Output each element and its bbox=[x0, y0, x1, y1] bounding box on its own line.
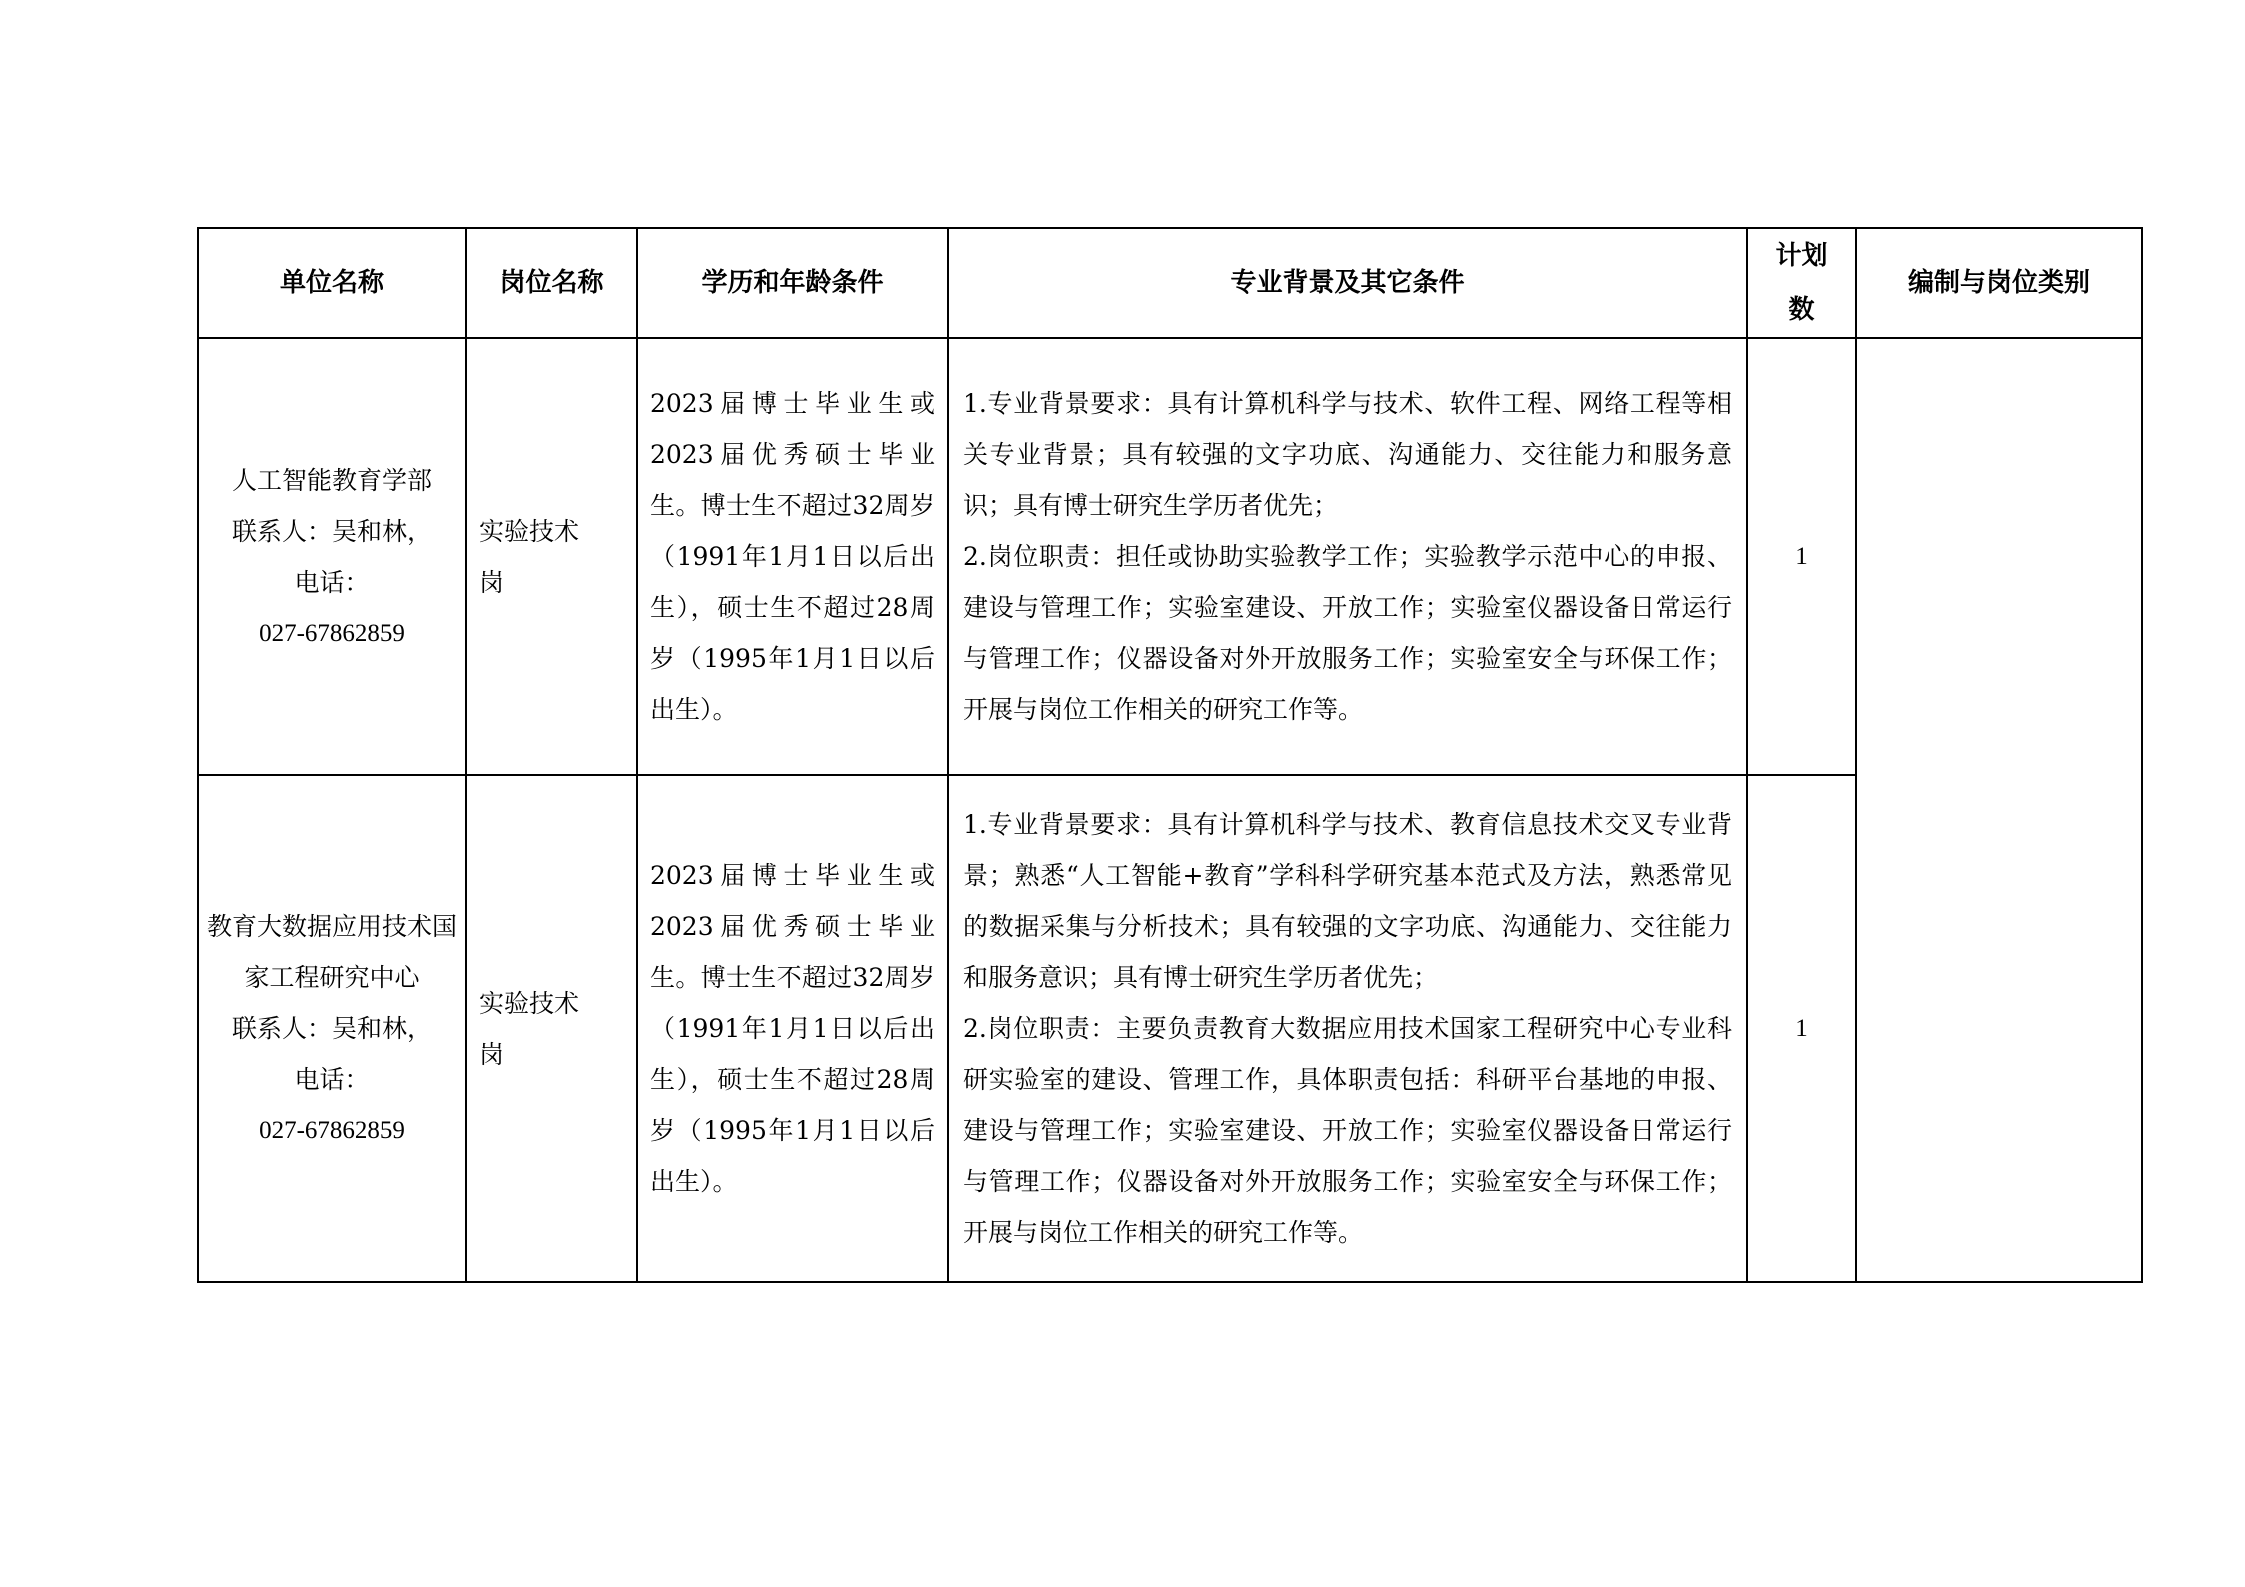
phone-label: 电话： bbox=[207, 1054, 457, 1105]
plan-count: 1 bbox=[1747, 775, 1856, 1282]
requirements-duties: 2.岗位职责：担任或协助实验教学工作；实验教学示范中心的申报、建设与管理工作；实… bbox=[963, 531, 1732, 735]
category-cell bbox=[1856, 338, 2142, 1282]
post-name-line2: 岗 bbox=[479, 1029, 624, 1080]
table-header-row: 单位名称 岗位名称 学历和年龄条件 专业背景及其它条件 计划 数 编制与岗位类别 bbox=[198, 228, 2142, 338]
unit-cell: 人工智能教育学部 联系人：吴和林， 电话： 027-67862859 bbox=[198, 338, 466, 775]
post-cell: 实验技术 岗 bbox=[466, 338, 637, 775]
post-name-line2: 岗 bbox=[479, 557, 624, 608]
plan-count: 1 bbox=[1747, 338, 1856, 775]
header-plan-count-line2: 数 bbox=[1748, 283, 1855, 337]
education-age-cell: 2023届博士毕业生或2023届优秀硕士毕业生。博士生不超过32周岁（1991年… bbox=[637, 775, 948, 1282]
unit-name: 教育大数据应用技术国家工程研究中心 bbox=[207, 901, 457, 1003]
requirements-background: 1.专业背景要求：具有计算机科学与技术、教育信息技术交叉专业背景；熟悉“人工智能… bbox=[963, 799, 1732, 1003]
phone-label: 电话： bbox=[207, 557, 457, 608]
header-category: 编制与岗位类别 bbox=[1856, 228, 2142, 338]
unit-name: 人工智能教育学部 bbox=[207, 455, 457, 506]
requirements-background: 1.专业背景要求：具有计算机科学与技术、软件工程、网络工程等相关专业背景；具有较… bbox=[963, 378, 1732, 531]
table-row: 人工智能教育学部 联系人：吴和林， 电话： 027-67862859 实验技术 … bbox=[198, 338, 2142, 775]
header-education-age: 学历和年龄条件 bbox=[637, 228, 948, 338]
post-cell: 实验技术 岗 bbox=[466, 775, 637, 1282]
contact-person: 联系人：吴和林， bbox=[207, 506, 457, 557]
post-name-line1: 实验技术 bbox=[479, 506, 624, 557]
post-name-line1: 实验技术 bbox=[479, 978, 624, 1029]
requirements-duties: 2.岗位职责：主要负责教育大数据应用技术国家工程研究中心专业科研实验室的建设、管… bbox=[963, 1003, 1732, 1258]
header-requirements: 专业背景及其它条件 bbox=[948, 228, 1747, 338]
table-row: 教育大数据应用技术国家工程研究中心 联系人：吴和林， 电话： 027-67862… bbox=[198, 775, 2142, 1282]
phone-number: 027-67862859 bbox=[207, 1105, 457, 1156]
document-page: 单位名称 岗位名称 学历和年龄条件 专业背景及其它条件 计划 数 编制与岗位类别… bbox=[0, 0, 2245, 1587]
education-age-cell: 2023届博士毕业生或2023届优秀硕士毕业生。博士生不超过32周岁（1991年… bbox=[637, 338, 948, 775]
requirements-cell: 1.专业背景要求：具有计算机科学与技术、教育信息技术交叉专业背景；熟悉“人工智能… bbox=[948, 775, 1747, 1282]
requirements-cell: 1.专业背景要求：具有计算机科学与技术、软件工程、网络工程等相关专业背景；具有较… bbox=[948, 338, 1747, 775]
header-unit-name: 单位名称 bbox=[198, 228, 466, 338]
header-post-name: 岗位名称 bbox=[466, 228, 637, 338]
header-plan-count-line1: 计划 bbox=[1748, 229, 1855, 283]
recruitment-table: 单位名称 岗位名称 学历和年龄条件 专业背景及其它条件 计划 数 编制与岗位类别… bbox=[197, 227, 2143, 1283]
phone-number: 027-67862859 bbox=[207, 608, 457, 659]
header-plan-count: 计划 数 bbox=[1747, 228, 1856, 338]
unit-cell: 教育大数据应用技术国家工程研究中心 联系人：吴和林， 电话： 027-67862… bbox=[198, 775, 466, 1282]
contact-person: 联系人：吴和林， bbox=[207, 1003, 457, 1054]
